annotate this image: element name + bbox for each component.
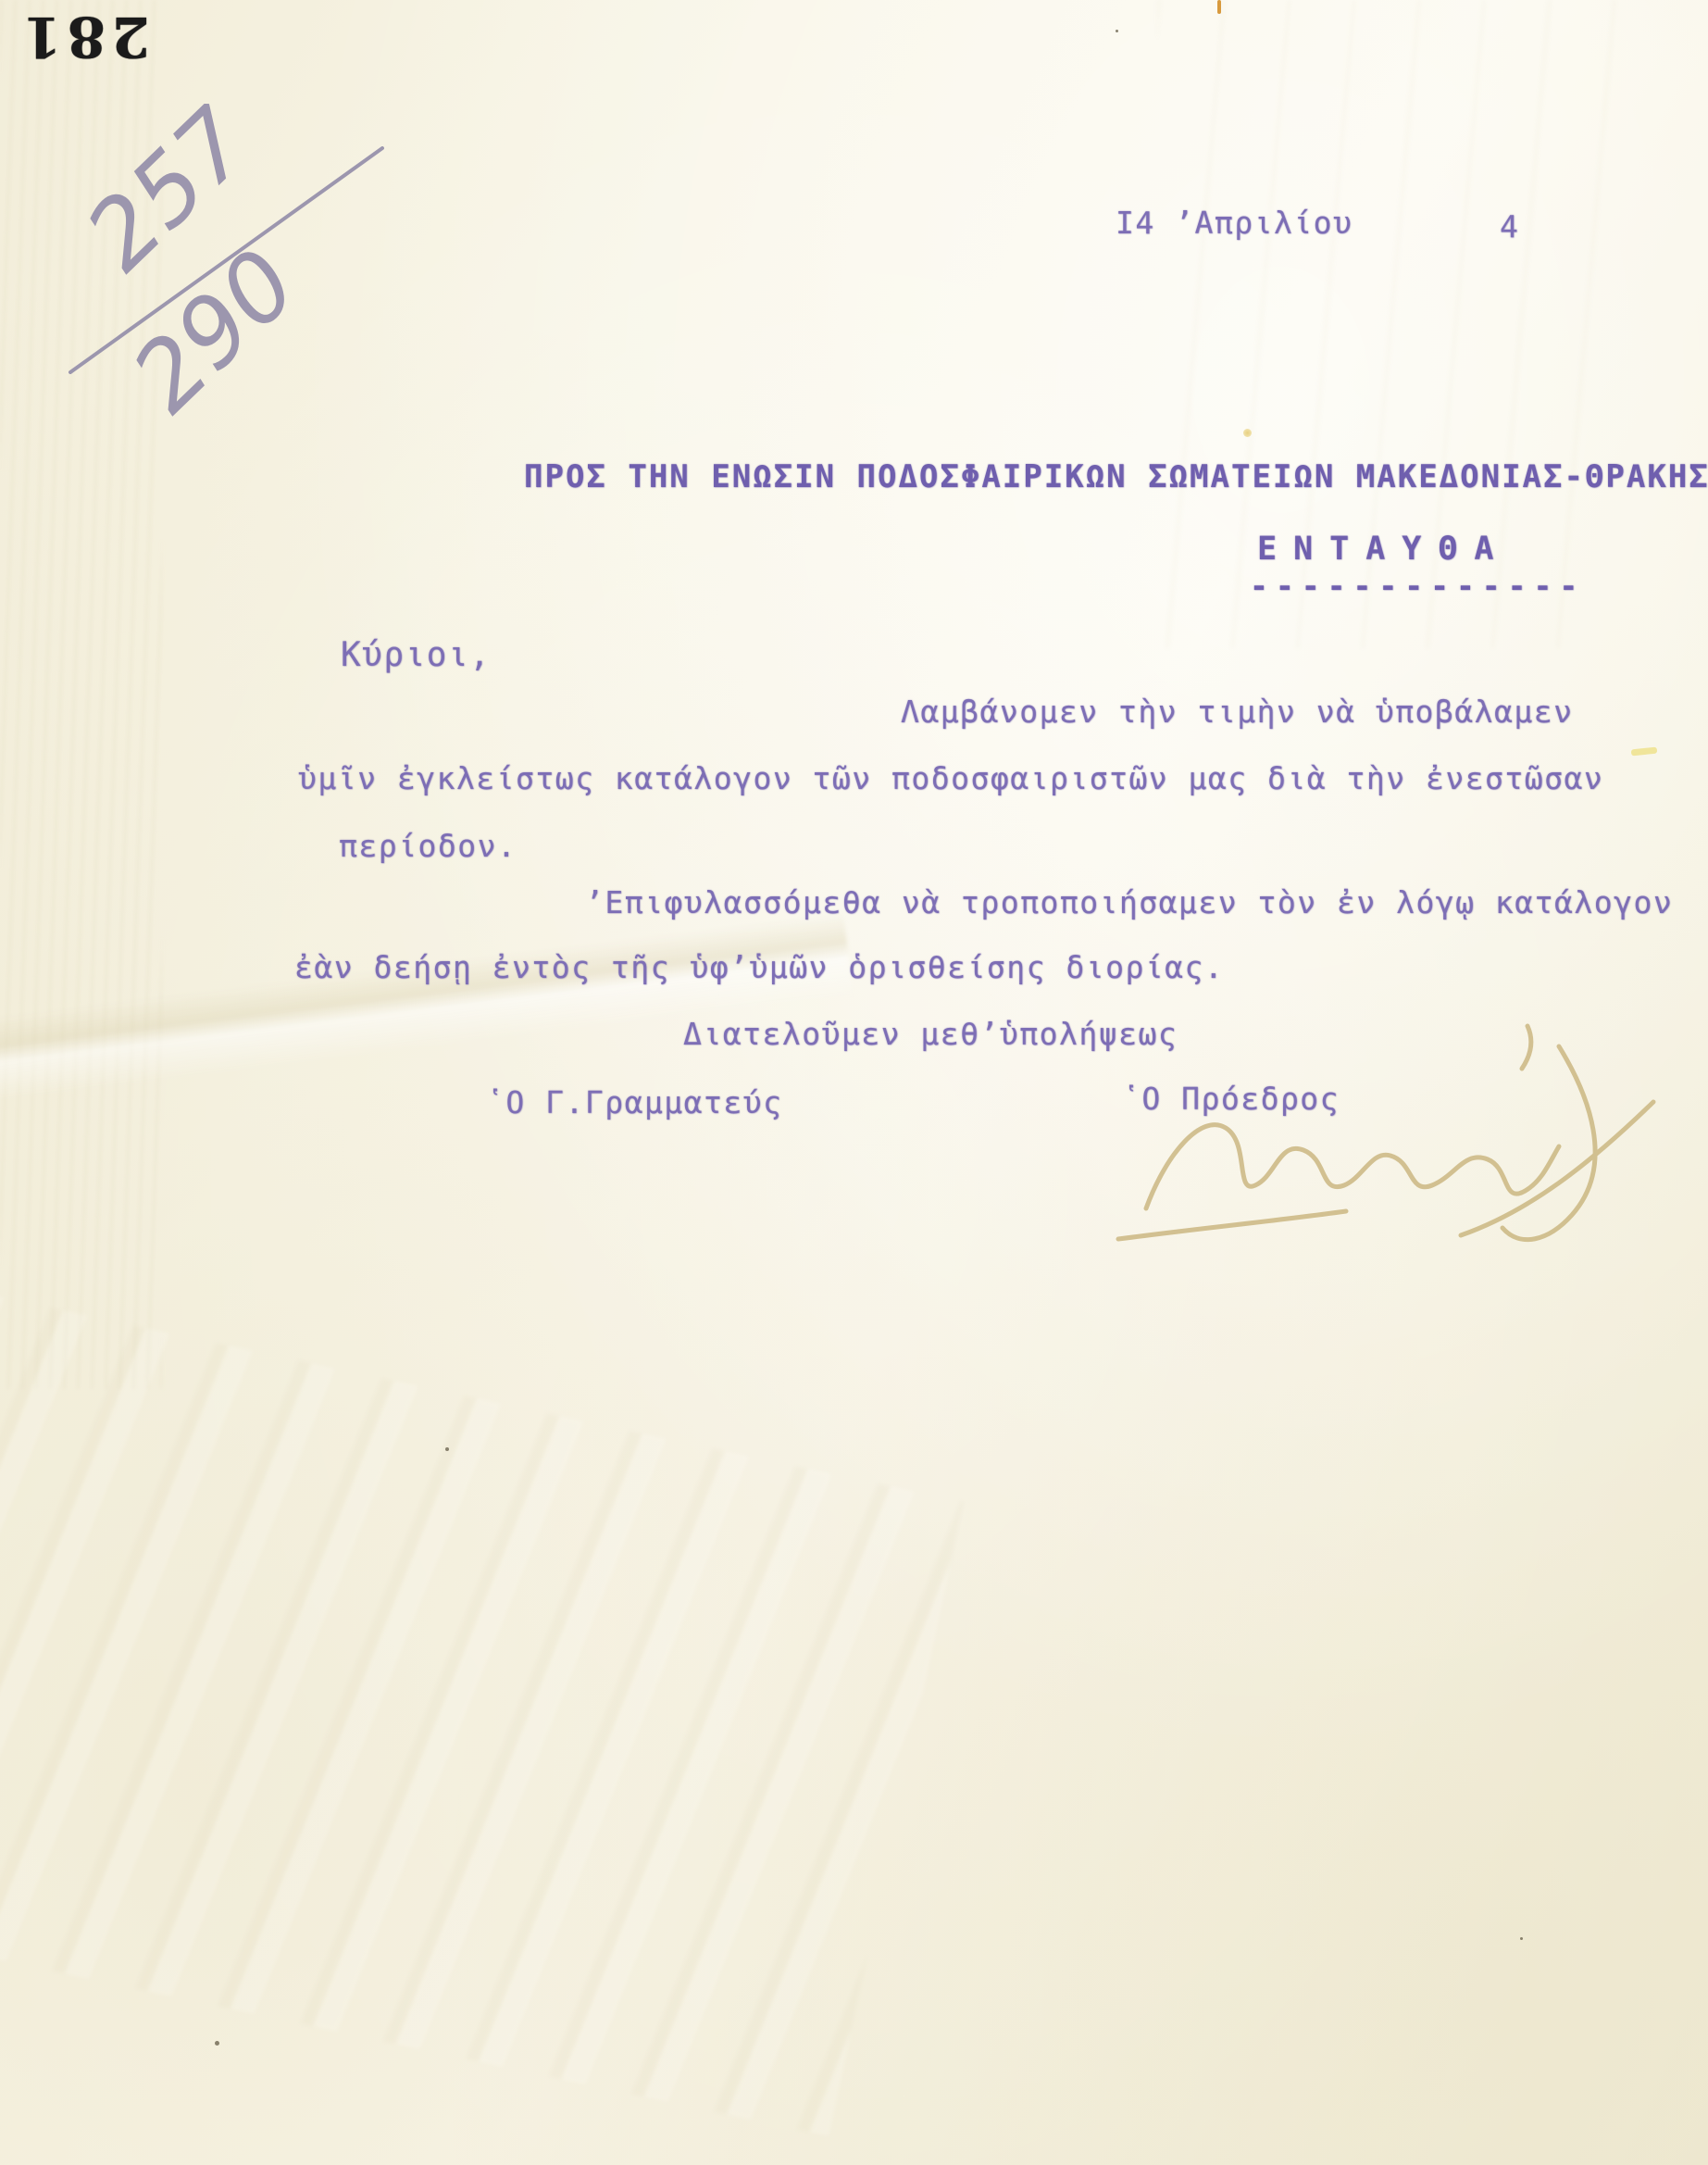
yellow-dash-stain	[1631, 747, 1658, 757]
paper-speck	[1520, 1937, 1523, 1940]
body-p2-line1: ’Επιφυλασσόμεθα νὰ τροποποιήσαμεν τὸν ἐν…	[585, 887, 1673, 918]
pencil-archive-number: 257 290	[54, 104, 433, 423]
orange-tick-top-edge	[1217, 0, 1221, 14]
salutation: Κύριοι,	[341, 639, 491, 672]
signature-apostrophe-stroke	[1522, 1026, 1531, 1069]
body-p1-line2: ὑμῖν ἐγκλείστως κατάλογον τῶν ποδοσφαιρι…	[298, 763, 1603, 794]
signature-tail-flourish	[1461, 1102, 1653, 1235]
crease-diagonal-mid	[0, 913, 854, 1107]
location-line: ΕΝΤΑΥΘΑ	[1257, 533, 1511, 566]
signature-lead-stroke	[1118, 1211, 1346, 1239]
paper-speck	[215, 2041, 219, 2046]
signature-main-scrawl	[1146, 1125, 1559, 1208]
secretary-title: ῾Ο Γ.Γραμματεύς	[486, 1087, 783, 1118]
paper-speck	[445, 1447, 449, 1451]
date-line: Ι4 ’Απριλίου	[1116, 207, 1353, 238]
body-p1-line3: περίοδον.	[339, 831, 517, 861]
body-p1-line1: Λαμβάνομεν τὴν τιμὴν νὰ ὑποβάλαμεν	[901, 696, 1574, 727]
crease-bottom-left	[0, 1290, 964, 2135]
recipient-line: ΠΡΟΣ ΤΗΝ ΕΝΩΣΙΝ ΠΟΔΟΣΦΑΙΡΙΚΩΝ ΣΩΜΑΤΕΙΩΝ …	[524, 461, 1708, 493]
date-year-digit: 4	[1500, 211, 1519, 242]
body-p2-line2: ἐὰν δεήσῃ ἐντὸς τῆς ὑφ’ὑμῶν ὁρισθείσης δ…	[294, 952, 1224, 982]
scanned-letter-page: 281 257 290 Ι4 ’Απριλίου 4 ΠΡΟΣ ΤΗΝ ΕΝΩΣ…	[0, 0, 1708, 2165]
paper-speck	[1116, 30, 1118, 32]
page-number-stamp: 281	[20, 2, 150, 69]
yellow-dot-stain	[1243, 429, 1252, 437]
president-signature	[1065, 1009, 1703, 1296]
location-underline: -------------	[1250, 570, 1585, 601]
